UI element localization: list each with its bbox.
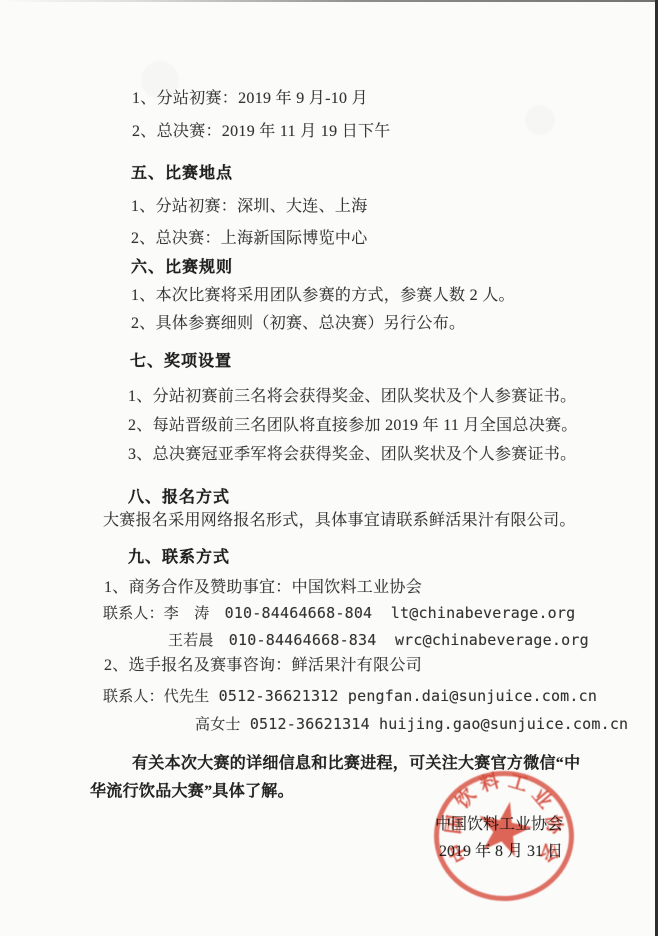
list-item: 2、总决赛：2019 年 11 月 19 日下午 — [132, 121, 391, 143]
stamp-arc-char: 会 — [534, 837, 563, 866]
section-heading: 五、比赛地点 — [131, 163, 233, 185]
stamp-star-icon — [471, 796, 538, 864]
list-item: 2、总决赛：上海新国际博览中心 — [131, 228, 368, 250]
stamp-arc-char: 中 — [445, 837, 474, 866]
list-item: 1、本次比赛将采用团队参赛的方式，参赛人数 2 人。 — [131, 285, 515, 307]
stamp-arc-char: 国 — [443, 812, 468, 837]
paragraph: 大赛报名采用网络报名形式，具体事宜请联系鲜活果汁有限公司。 — [103, 510, 576, 532]
list-item: 1、分站初赛前三名将会获得奖金、团队奖状及个人参赛证书。 — [128, 386, 576, 408]
official-stamp: 中 国 饮 料 工 业 协 会 — [434, 771, 574, 901]
list-item: 1、商务合作及赞助事宜：中国饮料工业协会 — [104, 577, 422, 599]
list-item: 2、选手报名及赛事咨询：鲜活果汁有限公司 — [104, 655, 422, 677]
stamp-arc-char: 协 — [540, 812, 565, 837]
stamp-arc-char: 料 — [476, 770, 503, 797]
scan-top-edge-artifact — [0, 0, 662, 2]
scan-right-paper-strip — [658, 0, 662, 936]
section-heading: 七、奖项设置 — [130, 351, 232, 373]
stamp-arc-char: 工 — [504, 770, 531, 797]
contact-line: 高女士 0512-36621314 huijing.gao@sunjuice.c… — [195, 713, 628, 735]
list-item: 2、每站晋级前三名团队将直接参加 2019 年 11 月全国总决赛。 — [128, 415, 578, 437]
list-item: 2、具体参赛细则（初赛、总决赛）另行公布。 — [131, 313, 465, 335]
section-heading: 八、报名方式 — [128, 487, 230, 509]
list-item: 3、总决赛冠亚季军将会获得奖金、团队奖状及个人参赛证书。 — [128, 444, 576, 466]
list-item: 1、分站初赛：深圳、大连、上海 — [131, 196, 368, 218]
contact-line: 王若晨 010-84464668-834 wrc@chinabeverage.o… — [168, 629, 589, 651]
contact-line: 联系人：代先生 0512-36621312 pengfan.dai@sunjui… — [103, 685, 597, 707]
scanned-document-page: 1、分站初赛：2019 年 9 月-10 月 2、总决赛：2019 年 11 月… — [0, 0, 662, 936]
contact-line: 联系人：李 涛 010-84464668-804 lt@chinabeverag… — [103, 602, 575, 624]
section-heading: 六、比赛规则 — [131, 257, 233, 279]
closing-paragraph: 华流行饮品大赛”具体了解。 — [90, 781, 294, 803]
list-item: 1、分站初赛：2019 年 9 月-10 月 — [132, 88, 368, 110]
section-heading: 九、联系方式 — [128, 547, 230, 569]
stamp-arc-char: 业 — [526, 784, 557, 815]
stamp-arc-char: 饮 — [451, 784, 482, 815]
